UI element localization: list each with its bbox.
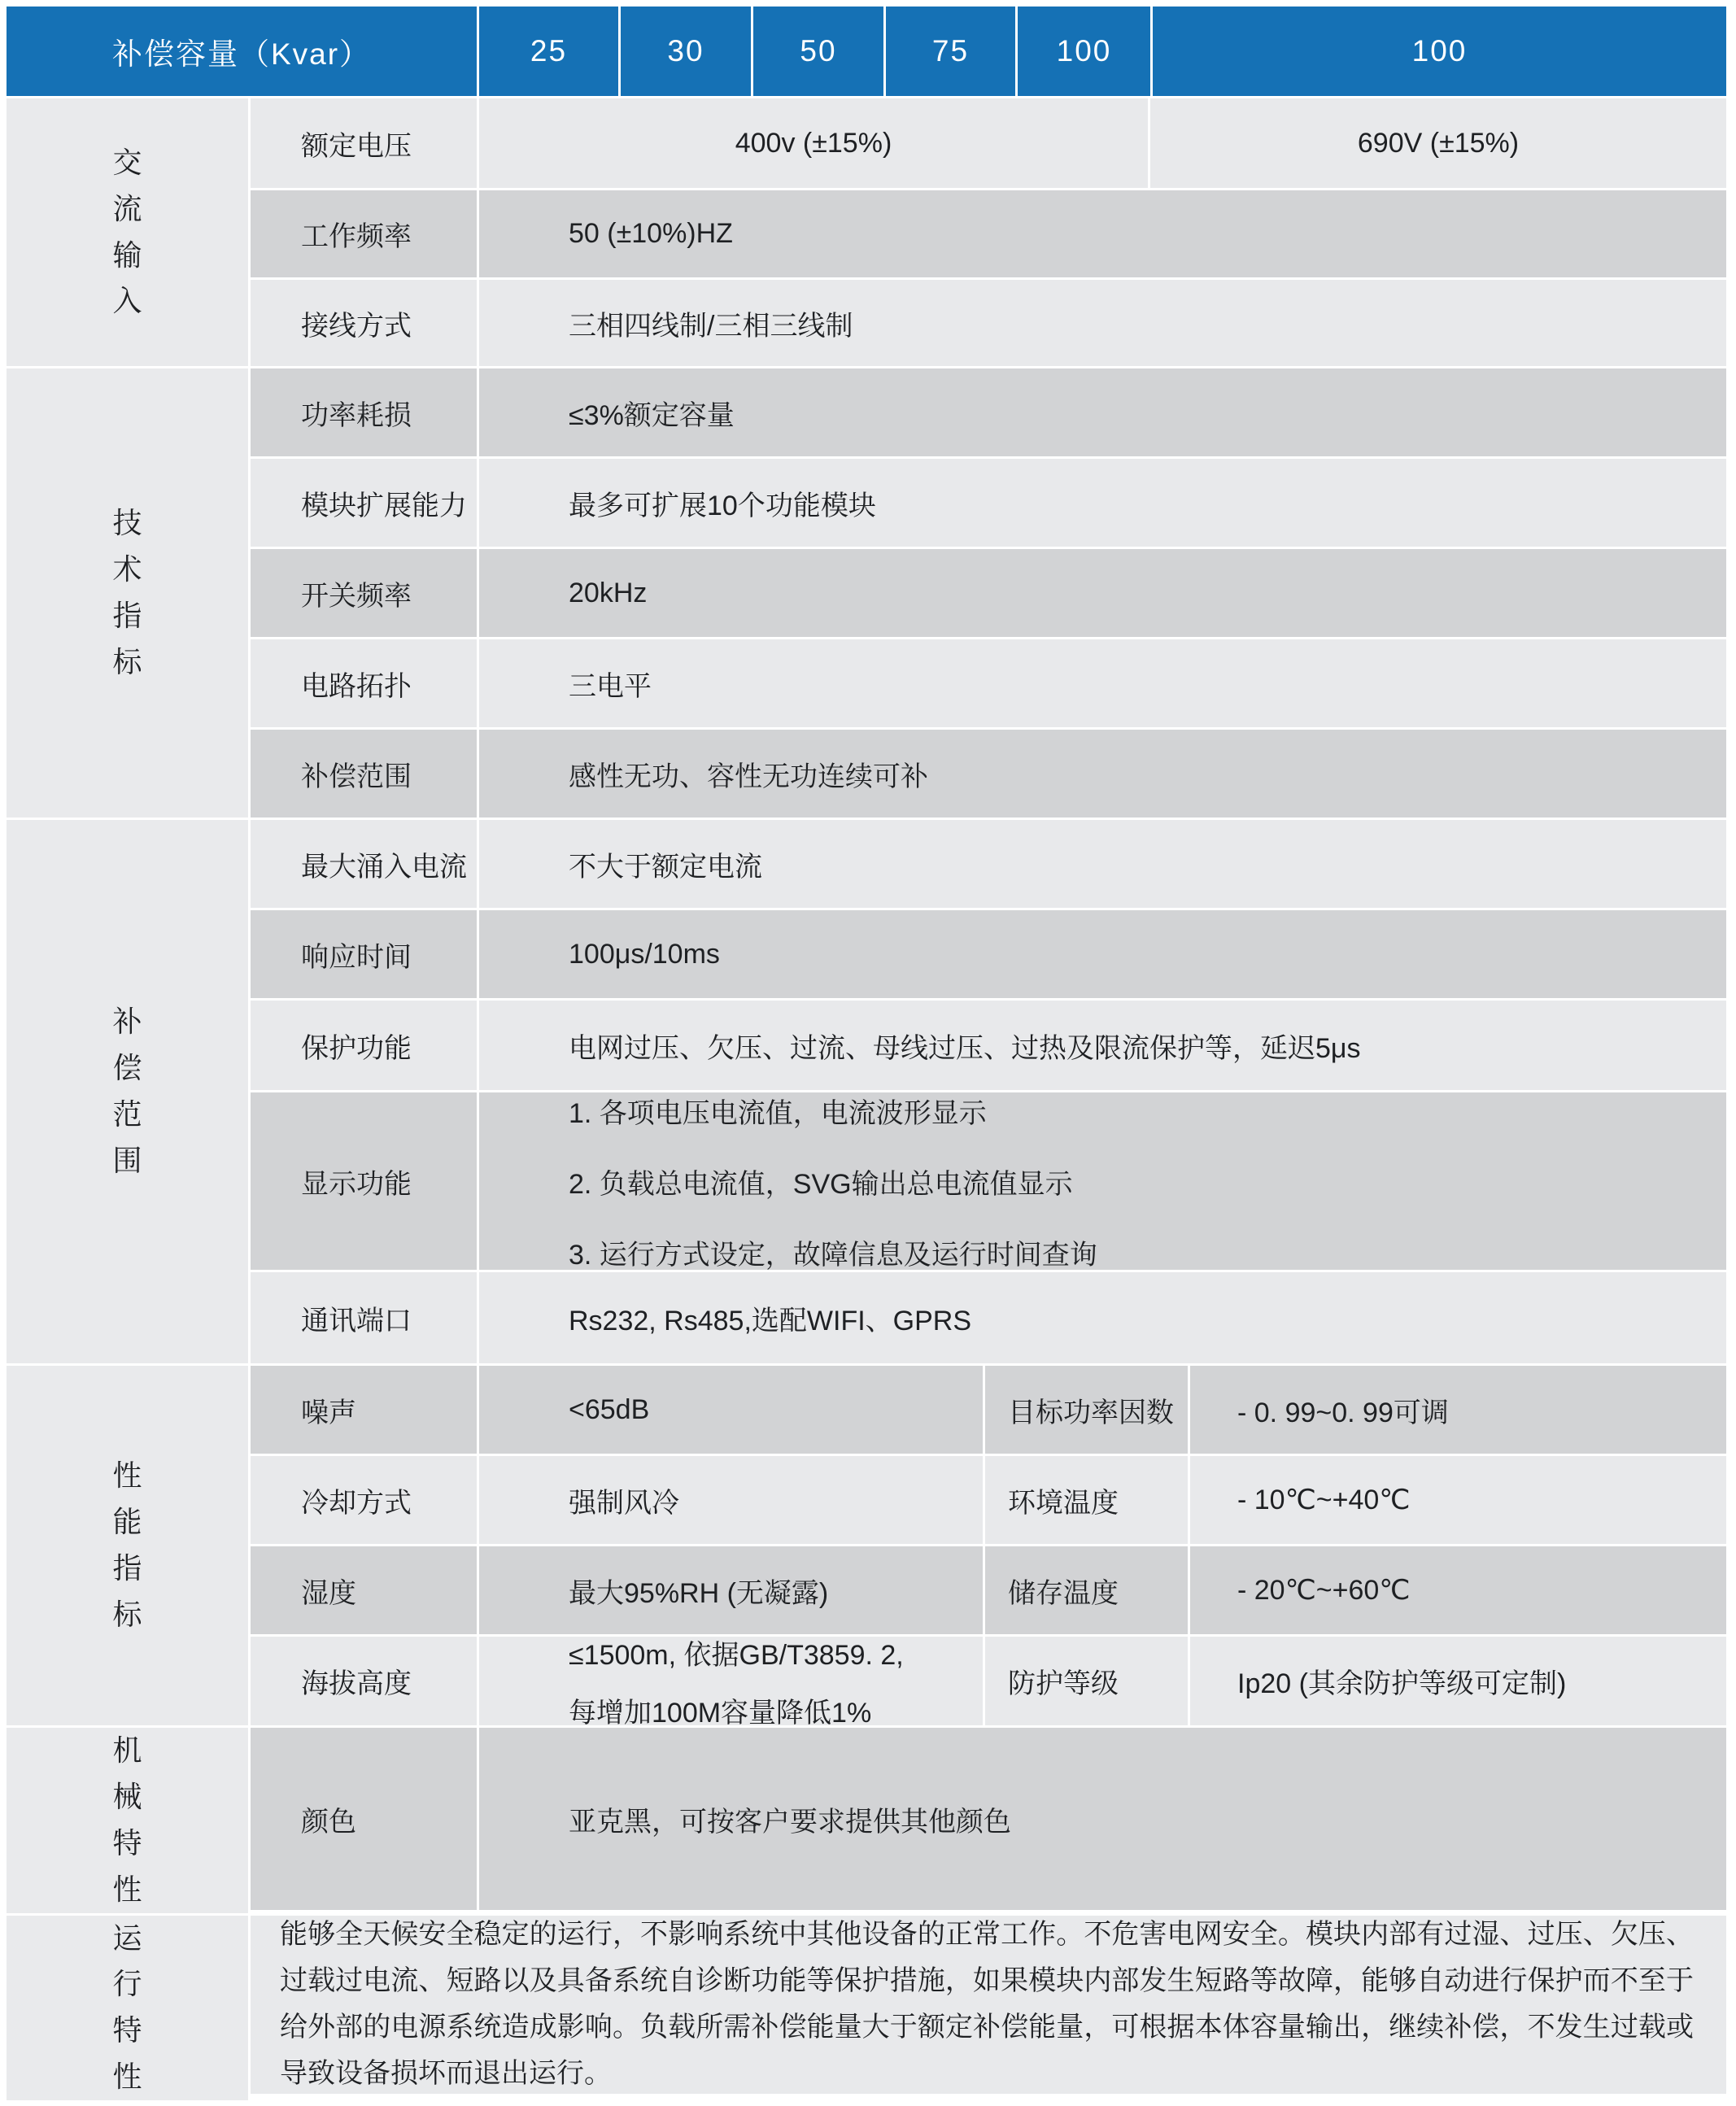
spec-value: 100μs/10ms — [479, 910, 1726, 998]
spec-value: 电网过压、欠压、过流、母线过压、过热及限流保护等，延迟5μs — [479, 1001, 1726, 1090]
spec-value: 最大95%RH (无凝露) — [479, 1546, 983, 1634]
section-rows: 额定电压 400v (±15%) 690V (±15%) 工作频率 50 (±1… — [251, 98, 1726, 366]
section-technical: 技术指标 功率耗损 ≤3%额定容量 模块扩展能力 最多可扩展10个功能模块 开关… — [7, 368, 1726, 818]
group-label-cell: 机械特性 — [7, 1728, 248, 1913]
section-performance: 性能指标 噪声 <65dB 目标功率因数 - 0. 99~0. 99可调 冷却方… — [7, 1366, 1726, 1725]
spec-value-2: Ip20 (其余防护等级可定制) — [1190, 1637, 1726, 1725]
header-row: 补偿容量（Kvar） 25 30 50 75 100 100 — [7, 7, 1726, 96]
spec-label: 显示功能 — [251, 1092, 477, 1270]
spec-value-altitude: ≤1500m, 依据GB/T3859. 2, 每增加100M容量降低1% — [479, 1637, 983, 1725]
spec-label: 接线方式 — [251, 280, 477, 366]
spec-value: 最多可扩展10个功能模块 — [479, 459, 1726, 547]
section-rows: 颜色 亚克黑，可按客户要求提供其他颜色 — [251, 1728, 1726, 1913]
section-compensation: 补偿范围 最大涌入电流 不大于额定电流 响应时间 100μs/10ms 保护功能… — [7, 820, 1726, 1363]
spec-label: 噪声 — [251, 1366, 477, 1454]
spec-label-2: 储存温度 — [985, 1546, 1188, 1634]
spec-label: 湿度 — [251, 1546, 477, 1634]
spec-row: 通讯端口 Rs232, Rs485,选配WIFI、GPRS — [251, 1272, 1726, 1363]
group-label: 交流输入 — [111, 140, 145, 325]
spec-label: 功率耗损 — [251, 368, 477, 456]
spec-label: 电路拓扑 — [251, 639, 477, 727]
group-label-cell: 性能指标 — [7, 1366, 248, 1725]
group-label: 技术指标 — [111, 500, 145, 686]
spec-row: 颜色 亚克黑，可按客户要求提供其他颜色 — [251, 1728, 1726, 1910]
spec-value: ≤3%额定容量 — [479, 368, 1726, 456]
spec-value: 20kHz — [479, 549, 1726, 637]
capacity-value: 30 — [621, 7, 751, 96]
spec-row: 工作频率 50 (±10%)HZ — [251, 190, 1726, 277]
spec-row: 电路拓扑 三电平 — [251, 639, 1726, 727]
group-label: 补偿范围 — [111, 999, 145, 1184]
section-rows: 噪声 <65dB 目标功率因数 - 0. 99~0. 99可调 冷却方式 强制风… — [251, 1366, 1726, 1725]
spec-value: 三相四线制/三相三线制 — [479, 280, 1726, 366]
section-operating: 运行特性 能够全天候安全稳定的运行，不影响系统中其他设备的正常工作。不危害电网安… — [7, 1916, 1726, 2101]
spec-value-line: 3. 运行方式设定，故障信息及运行时间查询 — [569, 1232, 1097, 1272]
spec-row: 冷却方式 强制风冷 环境温度 - 10℃~+40℃ — [251, 1456, 1726, 1544]
spec-label: 模块扩展能力 — [251, 459, 477, 547]
spec-label: 补偿范围 — [251, 730, 477, 818]
spec-row: 海拔高度 ≤1500m, 依据GB/T3859. 2, 每增加100M容量降低1… — [251, 1637, 1726, 1725]
spec-value: 亚克黑，可按客户要求提供其他颜色 — [479, 1728, 1726, 1910]
spec-label: 颜色 — [251, 1728, 477, 1910]
spec-value: 强制风冷 — [479, 1456, 983, 1544]
spec-row: 湿度 最大95%RH (无凝露) 储存温度 - 20℃~+60℃ — [251, 1546, 1726, 1634]
spec-value: 50 (±10%)HZ — [479, 190, 1726, 277]
spec-row: 接线方式 三相四线制/三相三线制 — [251, 280, 1726, 366]
spec-row: 能够全天候安全稳定的运行，不影响系统中其他设备的正常工作。不危害电网安全。模块内… — [251, 1916, 1726, 2094]
section-rows: 功率耗损 ≤3%额定容量 模块扩展能力 最多可扩展10个功能模块 开关频率 20… — [251, 368, 1726, 818]
spec-sheet-page: 补偿容量（Kvar） 25 30 50 75 100 100 交流输入 额定电压… — [0, 0, 1736, 2106]
spec-label: 通讯端口 — [251, 1272, 477, 1363]
spec-label-2: 防护等级 — [985, 1637, 1188, 1725]
spec-value: 三电平 — [479, 639, 1726, 727]
group-label-cell: 补偿范围 — [7, 820, 248, 1363]
group-label: 性能指标 — [111, 1453, 145, 1638]
capacity-value: 75 — [886, 7, 1015, 96]
operating-notes-cell: 能够全天候安全稳定的运行，不影响系统中其他设备的正常工作。不危害电网安全。模块内… — [251, 1916, 1726, 2094]
spec-label: 额定电压 — [251, 98, 477, 188]
spec-row: 额定电压 400v (±15%) 690V (±15%) — [251, 98, 1726, 188]
section-mechanical: 机械特性 颜色 亚克黑，可按客户要求提供其他颜色 — [7, 1728, 1726, 1913]
spec-label-2: 环境温度 — [985, 1456, 1188, 1544]
spec-value-2: - 20℃~+60℃ — [1190, 1546, 1726, 1634]
capacity-value: 25 — [479, 7, 618, 96]
spec-value-display-functions: 1. 各项电压电流值，电流波形显示 2. 负载总电流值，SVG输出总电流值显示 … — [479, 1092, 1726, 1270]
spec-row: 开关频率 20kHz — [251, 549, 1726, 637]
spec-label: 保护功能 — [251, 1001, 477, 1090]
spec-label: 最大涌入电流 — [251, 820, 477, 908]
spec-value-400v: 400v (±15%) — [479, 98, 1148, 188]
spec-value-line: 1. 各项电压电流值，电流波形显示 — [569, 1091, 987, 1131]
spec-row: 显示功能 1. 各项电压电流值，电流波形显示 2. 负载总电流值，SVG输出总电… — [251, 1092, 1726, 1270]
spec-value-line: 2. 负载总电流值，SVG输出总电流值显示 — [569, 1162, 1073, 1201]
section-rows: 能够全天候安全稳定的运行，不影响系统中其他设备的正常工作。不危害电网安全。模块内… — [251, 1916, 1726, 2101]
spec-row: 功率耗损 ≤3%额定容量 — [251, 368, 1726, 456]
spec-row: 噪声 <65dB 目标功率因数 - 0. 99~0. 99可调 — [251, 1366, 1726, 1454]
section-ac-input: 交流输入 额定电压 400v (±15%) 690V (±15%) 工作频率 5… — [7, 98, 1726, 366]
spec-label: 海拔高度 — [251, 1637, 477, 1725]
spec-value: Rs232, Rs485,选配WIFI、GPRS — [479, 1272, 1726, 1363]
group-label-cell: 运行特性 — [7, 1916, 248, 2101]
spec-label: 工作频率 — [251, 190, 477, 277]
group-label-cell: 技术指标 — [7, 368, 248, 818]
group-label: 机械特性 — [111, 1728, 145, 1913]
operating-notes: 能够全天候安全稳定的运行，不影响系统中其他设备的正常工作。不危害电网安全。模块内… — [280, 1912, 1694, 2097]
spec-value: 感性无功、容性无功连续可补 — [479, 730, 1726, 818]
spec-row: 补偿范围 感性无功、容性无功连续可补 — [251, 730, 1726, 818]
capacity-value-wide: 100 — [1153, 7, 1726, 96]
spec-row: 最大涌入电流 不大于额定电流 — [251, 820, 1726, 908]
spec-value-line: 每增加100M容量降低1% — [569, 1690, 871, 1730]
spec-row: 模块扩展能力 最多可扩展10个功能模块 — [251, 459, 1726, 547]
capacity-header-label: 补偿容量（Kvar） — [7, 7, 477, 96]
spec-value-690v: 690V (±15%) — [1150, 98, 1726, 188]
group-label-cell: 交流输入 — [7, 98, 248, 366]
capacity-value: 100 — [1018, 7, 1150, 96]
capacity-value: 50 — [753, 7, 883, 96]
spec-value: <65dB — [479, 1366, 983, 1454]
spec-table: 补偿容量（Kvar） 25 30 50 75 100 100 交流输入 额定电压… — [7, 7, 1726, 2100]
spec-label: 开关频率 — [251, 549, 477, 637]
spec-label: 冷却方式 — [251, 1456, 477, 1544]
spec-row: 响应时间 100μs/10ms — [251, 910, 1726, 998]
group-label: 运行特性 — [111, 1916, 145, 2101]
spec-label: 响应时间 — [251, 910, 477, 998]
spec-row: 保护功能 电网过压、欠压、过流、母线过压、过热及限流保护等，延迟5μs — [251, 1001, 1726, 1090]
spec-value-line: ≤1500m, 依据GB/T3859. 2, — [569, 1633, 904, 1672]
spec-value-2: - 10℃~+40℃ — [1190, 1456, 1726, 1544]
section-rows: 最大涌入电流 不大于额定电流 响应时间 100μs/10ms 保护功能 电网过压… — [251, 820, 1726, 1363]
spec-value-2: - 0. 99~0. 99可调 — [1190, 1366, 1726, 1454]
spec-value: 不大于额定电流 — [479, 820, 1726, 908]
spec-label-2: 目标功率因数 — [985, 1366, 1188, 1454]
